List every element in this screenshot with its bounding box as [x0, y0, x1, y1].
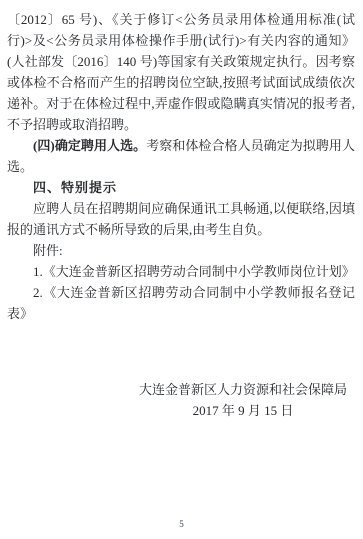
signature-inner: 大连金普新区人力资源和社会保障局 2017 年 9 月 15 日 [139, 379, 347, 421]
page-number: 5 [0, 519, 363, 529]
attachment-item-2: 2.《大连金普新区招聘劳动合同制中小学教师报名登记表》 [7, 282, 355, 324]
paragraph-policy-continuation: 〔2012〕65 号)、《关于修订<公务员录用体检通用标准(试行)>及<公务员录… [7, 9, 355, 135]
heading-special-notice: 四、特别提示 [7, 177, 355, 198]
signature-date: 2017 年 9 月 15 日 [139, 400, 347, 421]
paragraph-confirm-hire-lead: (四)确定聘用人选。 [33, 138, 146, 153]
paragraph-confirm-hire: (四)确定聘用人选。考察和体检合格人员确定为拟聘用人选。 [7, 135, 355, 177]
document-page: 〔2012〕65 号)、《关于修订<公务员录用体检通用标准(试行)>及<公务员录… [0, 0, 363, 539]
paragraph-communication-notice: 应聘人员在招聘期间应确保通讯工具畅通,以便联络,因填报的通讯方式不畅所导致的后果… [7, 198, 355, 240]
attachment-item-1: 1.《大连金普新区招聘劳动合同制中小学教师岗位计划》 [7, 261, 355, 282]
attachments-label: 附件: [7, 240, 355, 261]
signature-block: 大连金普新区人力资源和社会保障局 2017 年 9 月 15 日 [7, 379, 355, 421]
signature-org: 大连金普新区人力资源和社会保障局 [139, 379, 347, 400]
